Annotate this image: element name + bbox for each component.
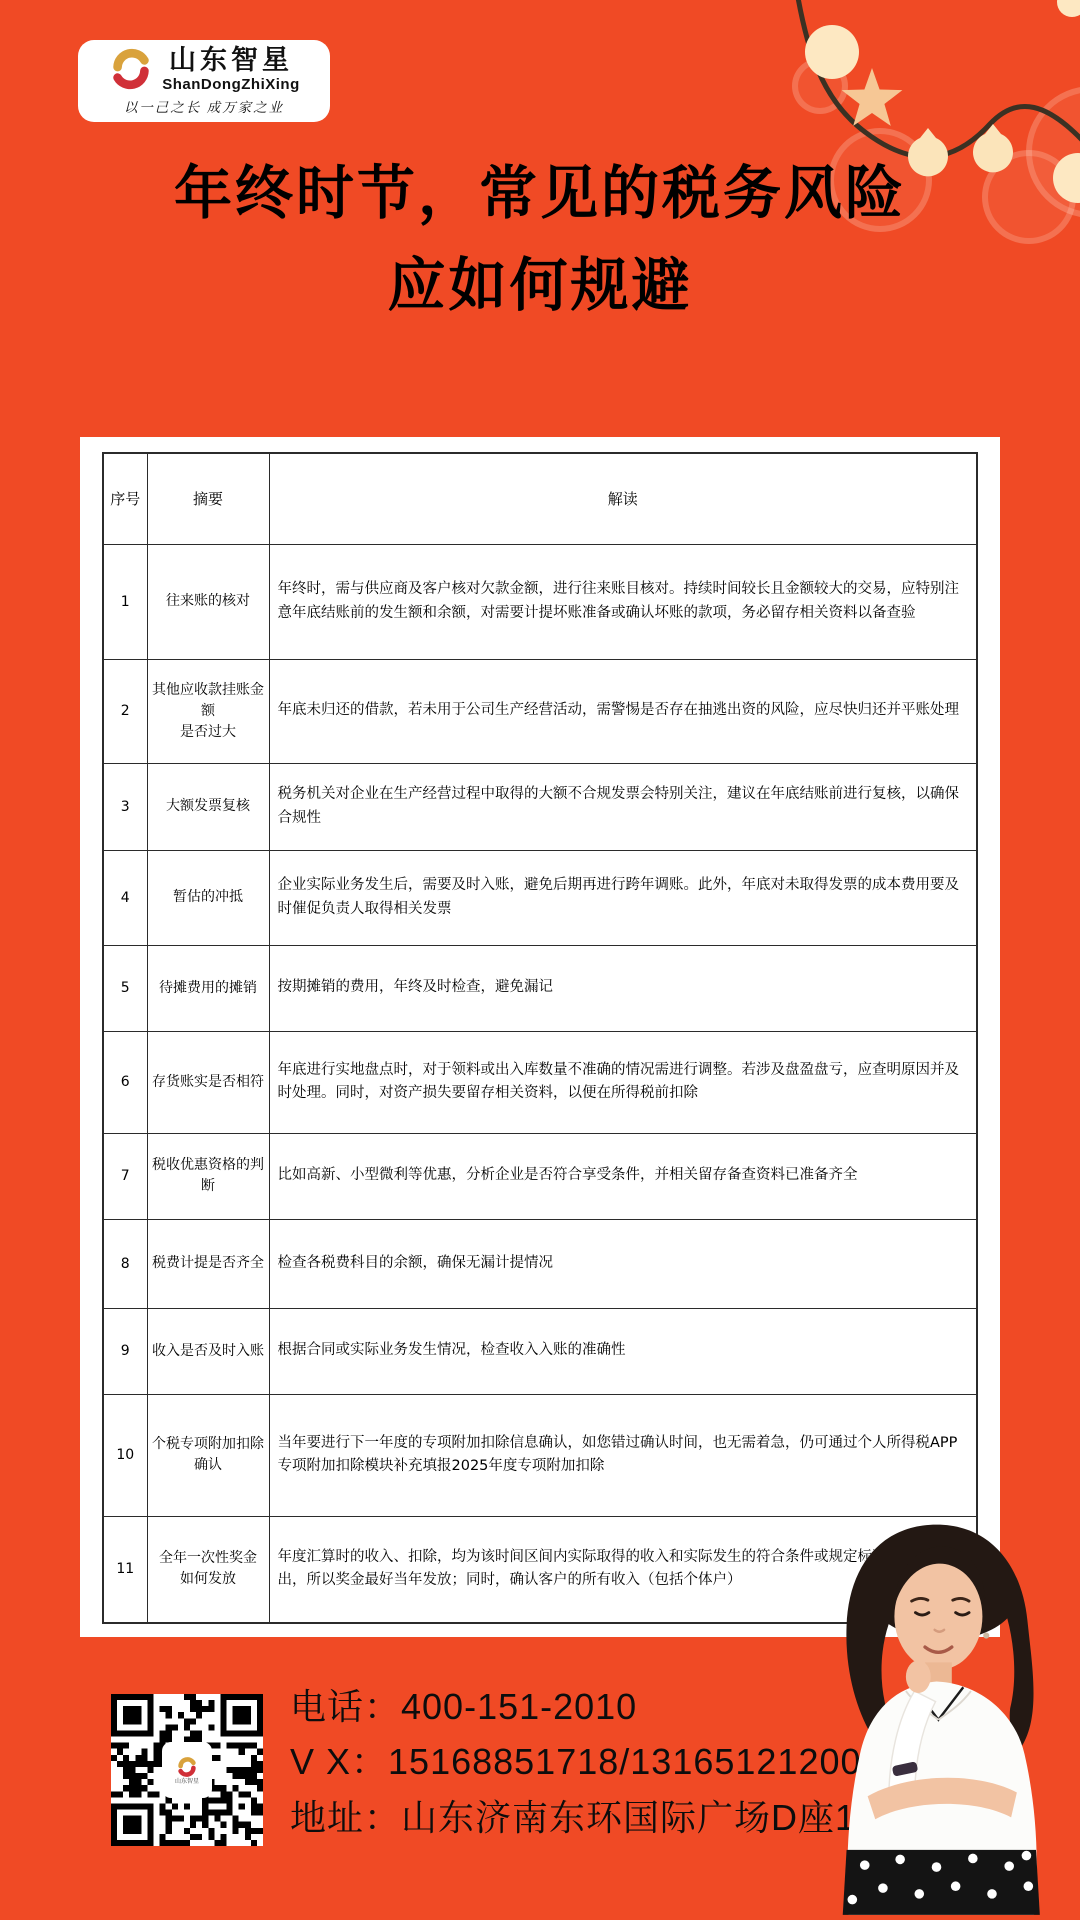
row-no: 8 xyxy=(103,1219,147,1308)
contact-phone: 电话：400-151-2010 xyxy=(290,1686,919,1728)
table-row: 8税费计提是否齐全检查各税费科目的余额，确保无漏计提情况 xyxy=(103,1219,977,1308)
row-no: 9 xyxy=(103,1308,147,1394)
wechat-label: V X： xyxy=(290,1741,388,1782)
swirl-decoration xyxy=(792,58,848,114)
row-summary: 大额发票复核 xyxy=(147,763,269,850)
row-summary: 存货账实是否相符 xyxy=(147,1031,269,1133)
row-summary: 个税专项附加扣除确认 xyxy=(147,1394,269,1516)
contact-address: 地址：山东济南东环国际广场D座1805 xyxy=(290,1797,919,1839)
row-no: 5 xyxy=(103,945,147,1031)
table-row: 9收入是否及时入账根据合同或实际业务发生情况，检查收入入账的准确性 xyxy=(103,1308,977,1394)
row-detail: 当年要进行下一年度的专项附加扣除信息确认，如您错过确认时间，也无需着急，仍可通过… xyxy=(269,1394,977,1516)
row-no: 6 xyxy=(103,1031,147,1133)
row-detail: 按期摊销的费用，年终及时检查，避免漏记 xyxy=(269,945,977,1031)
table-row: 6存货账实是否相符年底进行实地盘点时，对于领料或出入库数量不准确的情况需进行调整… xyxy=(103,1031,977,1133)
row-no: 1 xyxy=(103,544,147,659)
row-detail: 根据合同或实际业务发生情况，检查收入入账的准确性 xyxy=(269,1308,977,1394)
header-summary: 摘要 xyxy=(147,453,269,544)
row-summary: 收入是否及时入账 xyxy=(147,1308,269,1394)
qr-logo-caption: 山东智星 xyxy=(175,1779,199,1785)
row-no: 2 xyxy=(103,659,147,763)
brand-tagline: 以一己之长 成万家之业 xyxy=(124,96,284,116)
table-row: 7税收优惠资格的判断比如高新、小型微利等优惠，分析企业是否符合享受条件，并相关留… xyxy=(103,1133,977,1219)
row-summary: 待摊费用的摊销 xyxy=(147,945,269,1031)
row-summary: 往来账的核对 xyxy=(147,544,269,659)
qr-code: 山东智星 xyxy=(111,1689,263,1851)
phone-number: 400-151-2010 xyxy=(401,1686,637,1727)
row-detail: 企业实际业务发生后，需要及时入账，避免后期再进行跨年调账。此外，年底对未取得发票… xyxy=(269,850,977,945)
contact-wechat: V X：15168851718/13165121200 xyxy=(290,1741,919,1783)
poster-title-line2: 应如何规避 xyxy=(0,240,1080,332)
row-detail: 年底未归还的借款，若未用于公司生产经营活动，需警惕是否存在抽逃出资的风险，应尽快… xyxy=(269,659,977,763)
table-header-row: 序号 摘要 解读 xyxy=(103,453,977,544)
address-text: 山东济南东环国际广场D座1805 xyxy=(401,1797,919,1838)
row-summary: 税收优惠资格的判断 xyxy=(147,1133,269,1219)
wechat-numbers: 15168851718/13165121200 xyxy=(388,1741,861,1782)
row-summary: 全年一次性奖金 如何发放 xyxy=(147,1516,269,1623)
header-no: 序号 xyxy=(103,453,147,544)
table-row: 2其他应收款挂账金额 是否过大年底未归还的借款，若未用于公司生产经营活动，需警惕… xyxy=(103,659,977,763)
row-summary: 其他应收款挂账金额 是否过大 xyxy=(147,659,269,763)
tax-risk-table: 序号 摘要 解读 1往来账的核对年终时，需与供应商及客户核对欠款金额，进行往来账… xyxy=(102,452,978,1624)
table-row: 3大额发票复核税务机关对企业在生产经营过程中取得的大额不合规发票会特别关注，建议… xyxy=(103,763,977,850)
phone-label: 电话： xyxy=(290,1686,401,1727)
row-no: 11 xyxy=(103,1516,147,1623)
risk-table-card: 序号 摘要 解读 1往来账的核对年终时，需与供应商及客户核对欠款金额，进行往来账… xyxy=(80,437,1000,1637)
table-row: 10个税专项附加扣除确认当年要进行下一年度的专项附加扣除信息确认，如您错过确认时… xyxy=(103,1394,977,1516)
brand-name: 山东智星 xyxy=(169,47,293,74)
row-no: 3 xyxy=(103,763,147,850)
header-detail: 解读 xyxy=(269,453,977,544)
row-no: 4 xyxy=(103,850,147,945)
qr-center-logo-icon: 山东智星 xyxy=(165,1745,209,1795)
contact-block: 电话：400-151-2010 V X：15168851718/13165121… xyxy=(290,1686,919,1839)
row-detail: 年度汇算时的收入、扣除，均为该时间区间内实际取得的收入和实际发生的符合条件或规定… xyxy=(269,1516,977,1623)
row-detail: 年底进行实地盘点时，对于领料或出入库数量不准确的情况需进行调整。若涉及盘盈盘亏，… xyxy=(269,1031,977,1133)
poster-title: 年终时节，常见的税务风险 应如何规避 xyxy=(0,148,1080,331)
brand-name-latin: ShanDongZhiXing xyxy=(162,77,299,92)
row-no: 7 xyxy=(103,1133,147,1219)
row-no: 10 xyxy=(103,1394,147,1516)
poster-title-line1: 年终时节，常见的税务风险 xyxy=(0,148,1080,240)
table-row: 5待摊费用的摊销按期摊销的费用，年终及时检查，避免漏记 xyxy=(103,945,977,1031)
table-row: 4暂估的冲抵企业实际业务发生后，需要及时入账，避免后期再进行跨年调账。此外，年底… xyxy=(103,850,977,945)
row-detail: 比如高新、小型微利等优惠，分析企业是否符合享受条件，并相关留存备查资料已准备齐全 xyxy=(269,1133,977,1219)
brand-swirl-icon xyxy=(108,46,154,92)
row-detail: 年终时，需与供应商及客户核对欠款金额，进行往来账目核对。持续时间较长且金额较大的… xyxy=(269,544,977,659)
table-row: 1往来账的核对年终时，需与供应商及客户核对欠款金额，进行往来账目核对。持续时间较… xyxy=(103,544,977,659)
row-summary: 税费计提是否齐全 xyxy=(147,1219,269,1308)
address-label: 地址： xyxy=(290,1797,401,1838)
row-detail: 税务机关对企业在生产经营过程中取得的大额不合规发票会特别关注，建议在年底结账前进… xyxy=(269,763,977,850)
poster-background: { "colors":{ "background":"#F04A25", "ca… xyxy=(0,0,1080,1920)
row-detail: 检查各税费科目的余额，确保无漏计提情况 xyxy=(269,1219,977,1308)
table-row: 11全年一次性奖金 如何发放年度汇算时的收入、扣除，均为该时间区间内实际取得的收… xyxy=(103,1516,977,1623)
brand-logo-card: 山东智星 ShanDongZhiXing 以一己之长 成万家之业 xyxy=(78,40,330,122)
row-summary: 暂估的冲抵 xyxy=(147,850,269,945)
